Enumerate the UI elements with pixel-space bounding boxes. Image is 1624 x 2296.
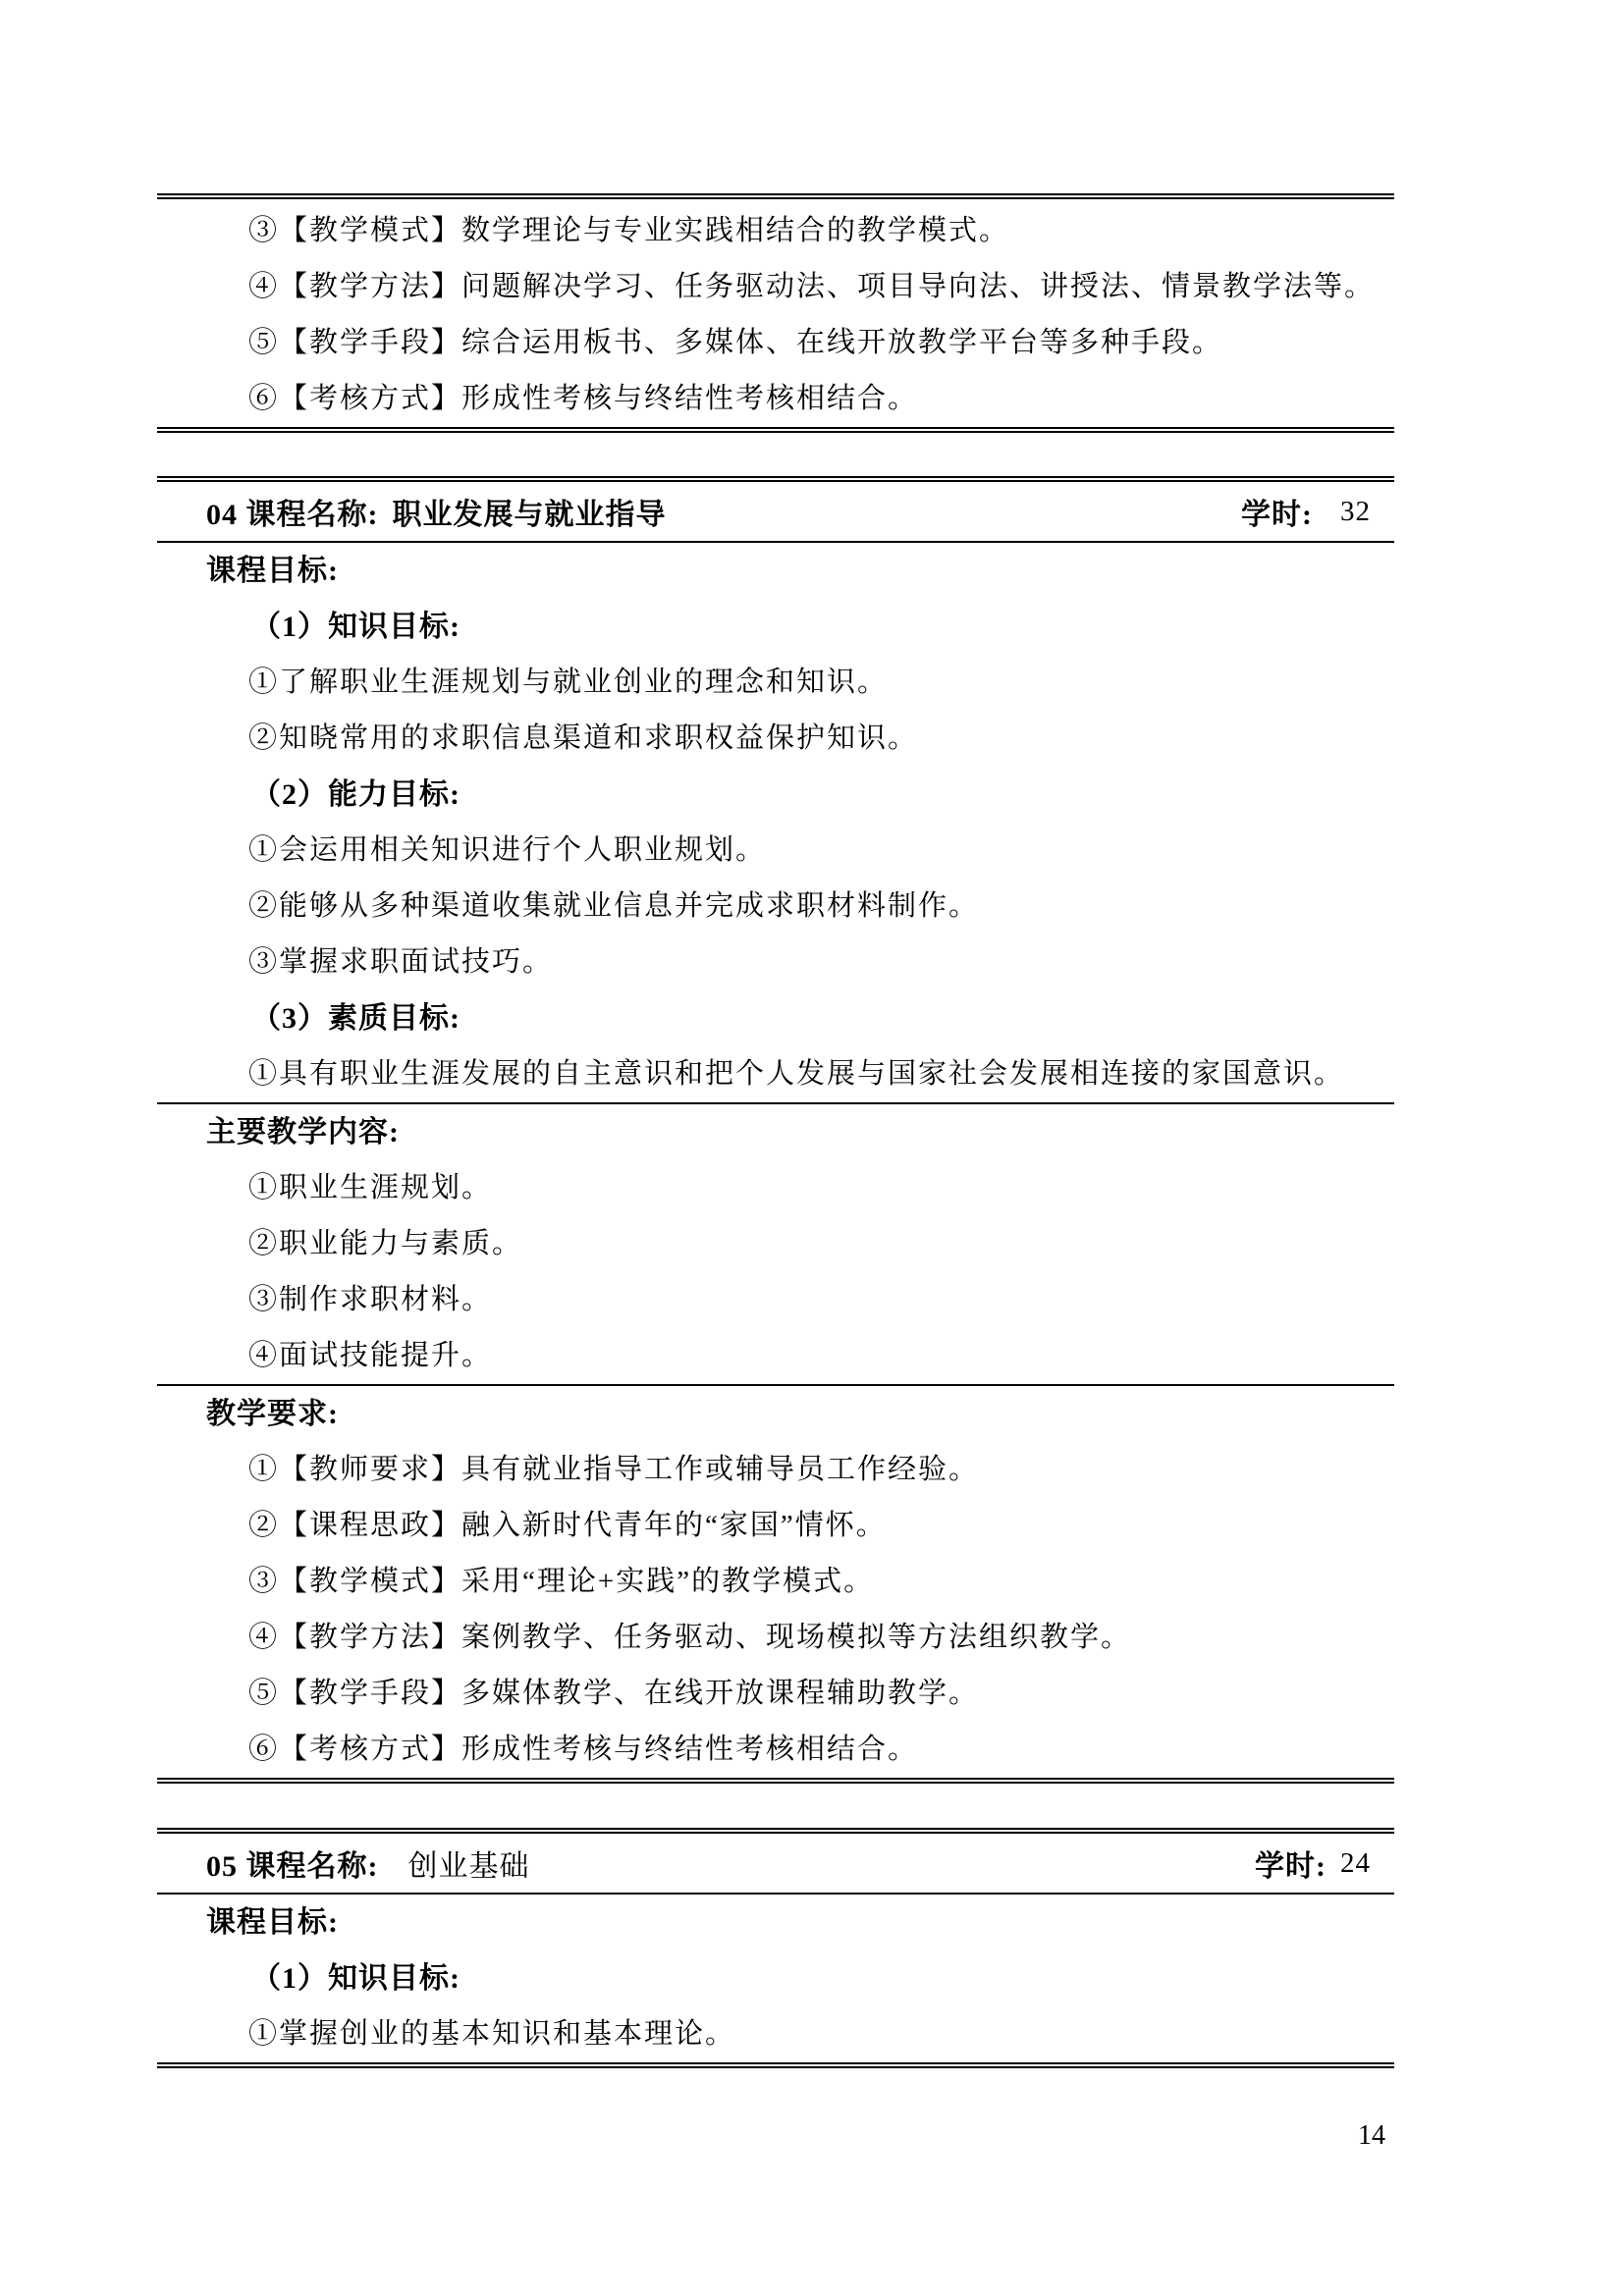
hours-value: 24	[1340, 1847, 1371, 1880]
requirements-row: 教学要求: ①【教师要求】具有就业指导工作或辅导员工作经验。 ②【课程思政】融入…	[157, 1384, 1394, 1778]
objective-subtitle: （1）知识目标:	[157, 1950, 1394, 2006]
requirement-item: ⑤【教学手段】综合运用板书、多媒体、在线开放教学平台等多种手段。	[157, 315, 1394, 371]
course-header: 05 课程名称: 创业基础 学时: 24	[157, 1834, 1394, 1893]
hours-group: 学时: 24	[1255, 1842, 1371, 1885]
course-name: 创业基础	[408, 1842, 530, 1885]
objective-item: ①会运用相关知识进行个人职业规划。	[157, 823, 1394, 879]
objectives-title: 课程目标:	[157, 543, 1394, 599]
requirement-item: ②【课程思政】融入新时代青年的“家国”情怀。	[157, 1498, 1394, 1554]
objective-item: ②知晓常用的求职信息渠道和求职权益保护知识。	[157, 711, 1394, 767]
objective-item: ①具有职业生涯发展的自主意识和把个人发展与国家社会发展相连接的家国意识。	[157, 1046, 1394, 1102]
course-name: 职业发展与就业指导	[393, 490, 667, 533]
requirement-item: ⑤【教学手段】多媒体教学、在线开放课程辅助教学。	[157, 1666, 1394, 1722]
objectives-row: 课程目标: （1）知识目标: ①掌握创业的基本知识和基本理论。	[157, 1893, 1394, 2062]
document-page: ③【教学模式】数学理论与专业实践相结合的教学模式。 ④【教学方法】问题解决学习、…	[0, 0, 1624, 2296]
requirement-item: ④【教学方法】案例教学、任务驱动、现场模拟等方法组织教学。	[157, 1610, 1394, 1666]
course-number-label: 04 课程名称:	[206, 490, 379, 533]
objective-item: ①掌握创业的基本知识和基本理论。	[157, 2006, 1394, 2062]
requirement-item: ⑥【考核方式】形成性考核与终结性考核相结合。	[157, 371, 1394, 427]
requirement-item: ③【教学模式】采用“理论+实践”的教学模式。	[157, 1554, 1394, 1610]
objective-subtitle: （1）知识目标:	[157, 599, 1394, 655]
objective-subtitle: （2）能力目标:	[157, 767, 1394, 823]
requirement-item: ①【教师要求】具有就业指导工作或辅导员工作经验。	[157, 1442, 1394, 1498]
objectives-row: 课程目标: （1）知识目标: ①了解职业生涯规划与就业创业的理念和知识。 ②知晓…	[157, 541, 1394, 1102]
content-item: ④面试技能提升。	[157, 1328, 1394, 1384]
course-04-block: 04 课程名称: 职业发展与就业指导 学时: 32 课程目标: （1）知识目标:…	[157, 476, 1394, 1784]
course-03-requirements-block: ③【教学模式】数学理论与专业实践相结合的教学模式。 ④【教学方法】问题解决学习、…	[157, 193, 1394, 433]
page-number: 14	[1358, 2120, 1385, 2152]
objective-item: ②能够从多种渠道收集就业信息并完成求职材料制作。	[157, 879, 1394, 934]
content-title: 主要教学内容:	[157, 1104, 1394, 1160]
objective-item: ①了解职业生涯规划与就业创业的理念和知识。	[157, 655, 1394, 711]
hours-value: 32	[1340, 496, 1371, 528]
content-row: 主要教学内容: ①职业生涯规划。 ②职业能力与素质。 ③制作求职材料。 ④面试技…	[157, 1102, 1394, 1384]
objectives-title: 课程目标:	[157, 1895, 1394, 1950]
hours-group: 学时: 32	[1241, 490, 1371, 533]
content-item: ①职业生涯规划。	[157, 1160, 1394, 1216]
course-05-block: 05 课程名称: 创业基础 学时: 24 课程目标: （1）知识目标: ①掌握创…	[157, 1828, 1394, 2068]
hours-label: 学时:	[1241, 490, 1313, 533]
objective-subtitle: （3）素质目标:	[157, 990, 1394, 1046]
hours-label: 学时:	[1255, 1842, 1326, 1885]
requirements-row: ③【教学模式】数学理论与专业实践相结合的教学模式。 ④【教学方法】问题解决学习、…	[157, 199, 1394, 427]
course-number-label: 05 课程名称:	[206, 1842, 379, 1885]
requirements-title: 教学要求:	[157, 1386, 1394, 1442]
requirement-item: ⑥【考核方式】形成性考核与终结性考核相结合。	[157, 1722, 1394, 1778]
content-item: ③制作求职材料。	[157, 1272, 1394, 1328]
requirement-item: ④【教学方法】问题解决学习、任务驱动法、项目导向法、讲授法、情景教学法等。	[157, 259, 1394, 315]
content-item: ②职业能力与素质。	[157, 1216, 1394, 1272]
requirement-item: ③【教学模式】数学理论与专业实践相结合的教学模式。	[157, 203, 1394, 259]
course-header: 04 课程名称: 职业发展与就业指导 学时: 32	[157, 482, 1394, 541]
objective-item: ③掌握求职面试技巧。	[157, 934, 1394, 990]
